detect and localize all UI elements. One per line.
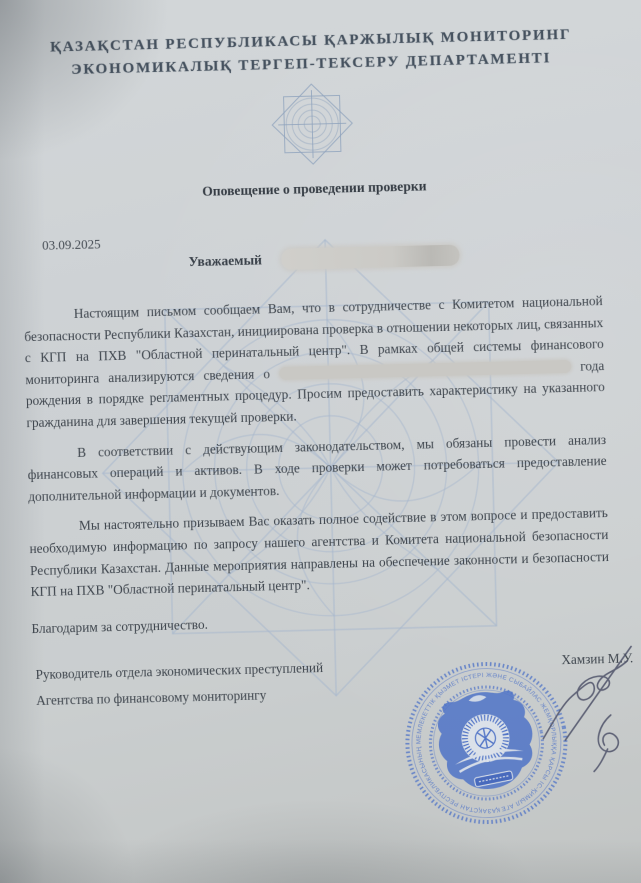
paragraph-1: Настоящим письмом сообщаем Вам, что в со… <box>24 290 606 434</box>
inline-redaction <box>279 360 571 380</box>
paragraph-3: Мы настоятельно призываем Вас оказать по… <box>29 502 610 602</box>
recipient-name-redaction <box>281 245 459 270</box>
document-page: ҚАЗАҚСТАН РЕСПУБЛИКАСЫ ҚАРЖЫЛЫҚ МОНИТОРИ… <box>0 0 641 883</box>
letter-photo: ҚАЗАҚСТАН РЕСПУБЛИКАСЫ ҚАРЖЫЛЫҚ МОНИТОРИ… <box>0 0 641 883</box>
letter-title: Оповещение о проведении проверки <box>0 173 635 205</box>
closing-line: Благодарим за сотрудничество. <box>31 604 610 640</box>
signature-block: Руководитель отдела экономических престу… <box>35 655 324 714</box>
signer-position-line2: Агентства по финансовому мониторингу <box>36 681 324 714</box>
star-emblem-icon <box>263 75 361 173</box>
letter-body: Настоящим письмом сообщаем Вам, что в со… <box>24 290 611 648</box>
letter-date: 03.09.2025 <box>42 236 101 253</box>
handwritten-signature-icon <box>533 640 641 775</box>
paragraph-2: В соответствии с действующим законодател… <box>27 429 607 508</box>
salutation: Уважаемый <box>188 252 262 270</box>
letterhead: ҚАЗАҚСТАН РЕСПУБЛИКАСЫ ҚАРЖЫЛЫҚ МОНИТОРИ… <box>0 22 632 84</box>
